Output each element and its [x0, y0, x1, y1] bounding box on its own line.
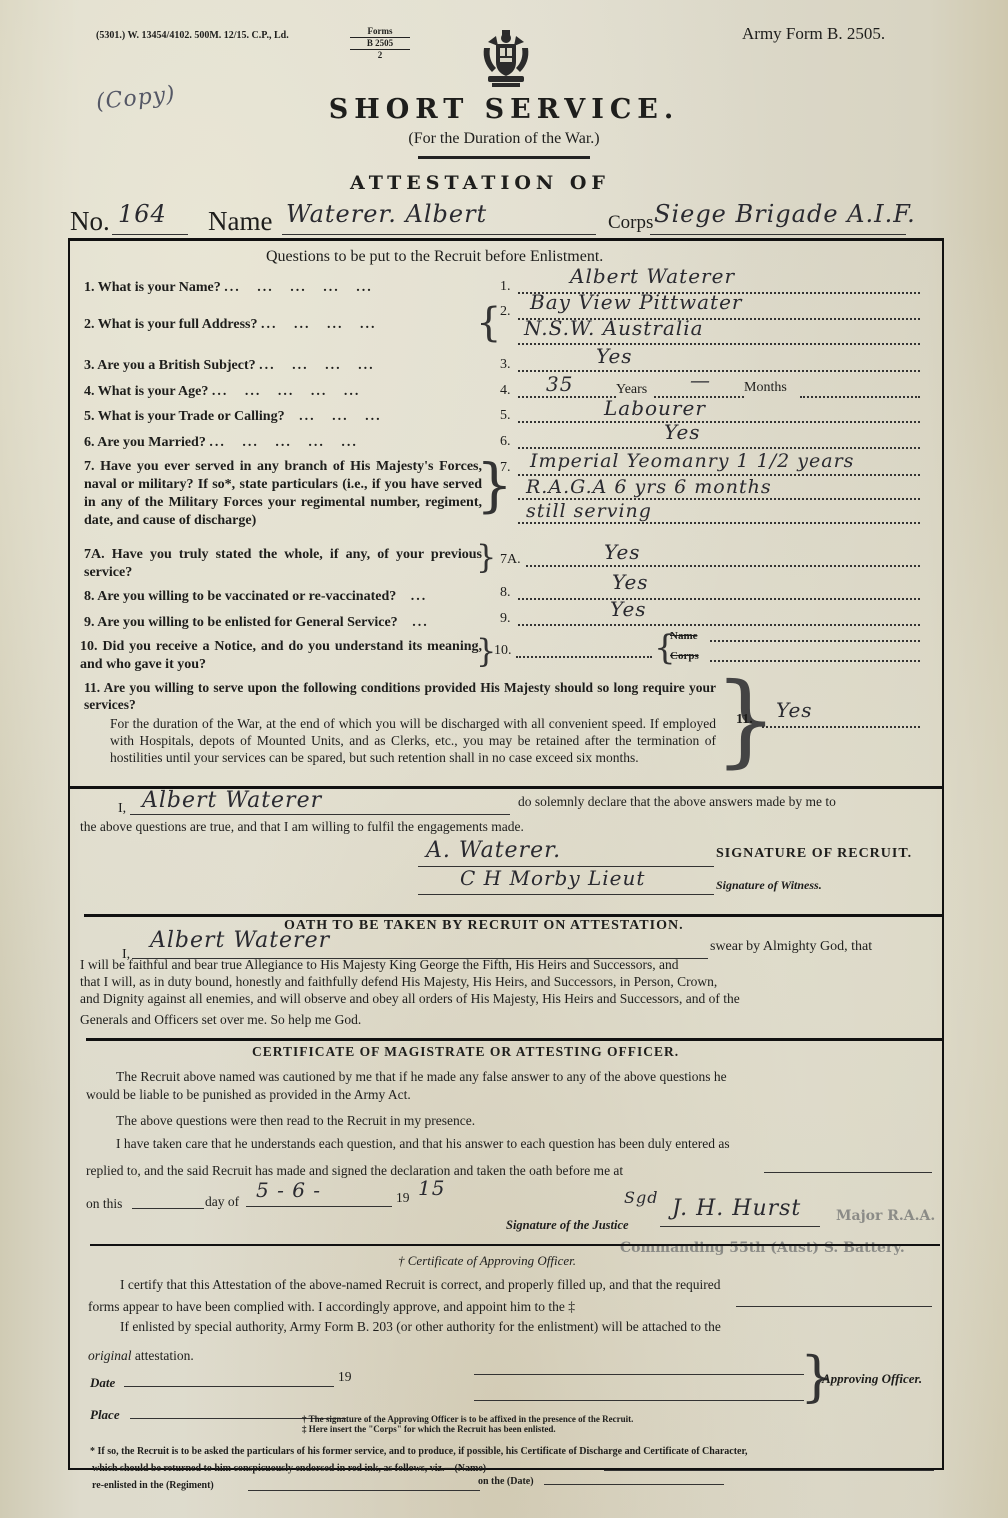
- footnote-line-1: * If so, the Recruit is to be asked the …: [90, 1446, 748, 1457]
- declaration-name-line: [130, 814, 510, 815]
- answer-5-field[interactable]: Labourer: [604, 396, 706, 420]
- question-6: 6. Are you Married? ... ... ... ... ...: [84, 434, 358, 452]
- oath-line-4: and Dignity against all enemies, and wil…: [80, 990, 936, 1008]
- answer-line-2b: [518, 343, 920, 345]
- approving-certificate-heading: † Certificate of Approving Officer.: [398, 1252, 576, 1270]
- months-label: Months: [744, 380, 787, 396]
- answer-3-field[interactable]: Yes: [596, 344, 633, 368]
- oath-line-1: swear by Almighty God, that: [710, 938, 872, 956]
- answer-number-7: 7.: [500, 460, 511, 476]
- answer-number-4: 4.: [500, 383, 511, 399]
- declaration-text-2: the above questions are true, and that I…: [80, 818, 524, 836]
- answer-line-3: [518, 370, 920, 372]
- approving-note-1: † The signature of the Approving Officer…: [302, 1414, 633, 1424]
- title-divider: [418, 156, 590, 159]
- forms-sub: 2: [350, 49, 410, 61]
- answer-line-9: [518, 624, 920, 626]
- approving-officer-line-2[interactable]: [474, 1400, 804, 1401]
- brace-2: {: [476, 300, 501, 346]
- answer-line-11: [762, 726, 920, 728]
- answer-7c-field[interactable]: still serving: [526, 500, 652, 522]
- forms-reference: Forms B 2505 2: [350, 26, 410, 61]
- question-9: 9. Are you willing to be enlisted for Ge…: [84, 614, 429, 632]
- answer-7a-field[interactable]: Yes: [604, 540, 641, 564]
- date-label: Date: [90, 1374, 115, 1392]
- footnote-date-line: [544, 1484, 724, 1485]
- answer-number-10: 10.: [494, 643, 512, 659]
- footnote-line-3b: on the (Date): [478, 1476, 534, 1487]
- approving-p1b: forms appear to have been complied with.…: [88, 1298, 575, 1316]
- witness-signature-field[interactable]: C H Morby Lieut: [460, 866, 645, 890]
- answer-line-7a: [526, 565, 920, 567]
- officer-stamp-command: Commanding 55th (Aust) S. Battery.: [620, 1240, 905, 1256]
- justice-signature-label: Signature of the Justice: [506, 1216, 629, 1234]
- appointed-corps-line[interactable]: [736, 1306, 932, 1307]
- footnote-line-3a: re-enlisted in the (Regiment): [92, 1480, 214, 1491]
- notice-name-line[interactable]: [710, 640, 920, 642]
- no-label: No.: [70, 206, 110, 237]
- approving-p1a: I certify that this Attestation of the a…: [120, 1276, 935, 1294]
- oath-name-field[interactable]: Albert Waterer: [150, 928, 330, 953]
- age-months-field[interactable]: —: [690, 368, 711, 392]
- question-11: 11. Are you willing to serve upon the fo…: [84, 679, 716, 766]
- question-10: 10. Did you receive a Notice, and do you…: [80, 638, 482, 674]
- question-1: 1. What is your Name? ... ... ... ... ..…: [84, 279, 373, 297]
- question-7: 7. Have you ever served in any branch of…: [84, 458, 482, 530]
- recruit-signature-label: SIGNATURE OF RECRUIT.: [716, 846, 912, 862]
- place-label: Place: [90, 1406, 120, 1424]
- footnote-name-line: [604, 1470, 934, 1471]
- answer-number-2: 2.: [500, 304, 511, 320]
- answer-line-4-rest: [800, 396, 920, 398]
- name-field[interactable]: Waterer. Albert: [286, 200, 487, 228]
- print-code: (5301.) W. 13454/4102. 500M. 12/15. C.P.…: [96, 30, 289, 41]
- name-underline: [282, 234, 596, 235]
- magistrate-certificate-heading: CERTIFICATE OF MAGISTRATE OR ATTESTING O…: [252, 1044, 679, 1060]
- answer-11-field[interactable]: Yes: [776, 698, 813, 722]
- no-underline: [112, 234, 188, 235]
- approving-officer-line-1[interactable]: [474, 1374, 804, 1375]
- answer-line-6: [518, 447, 920, 449]
- brace-7a: }: [476, 538, 496, 576]
- section-divider-certificate: [86, 1038, 942, 1041]
- question-7a: 7A. Have you truly stated the whole, if …: [84, 546, 482, 582]
- answer-6-field[interactable]: Yes: [664, 420, 701, 444]
- magistrate-p2: The above questions were then read to th…: [116, 1112, 475, 1130]
- notice-name-label: Name: [670, 630, 698, 642]
- day-line[interactable]: [132, 1208, 204, 1209]
- answer-8-field[interactable]: Yes: [612, 570, 649, 594]
- magistrate-p3a: I have taken care that he understands ea…: [116, 1135, 936, 1153]
- answer-2b-field[interactable]: N.S.W. Australia: [524, 316, 704, 340]
- oath-line-5: Generals and Officers set over me. So he…: [80, 1011, 361, 1029]
- attestation-date-field[interactable]: 5 - 6 -: [256, 1178, 321, 1202]
- declaration-prefix: I,: [118, 800, 126, 818]
- royal-coat-of-arms-icon: [478, 28, 534, 90]
- question-5: 5. What is your Trade or Calling? ... ..…: [84, 408, 382, 426]
- day-of-label: day of: [205, 1193, 239, 1211]
- answer-number-5: 5.: [500, 408, 511, 424]
- attestation-heading: ATTESTATION OF: [350, 172, 610, 194]
- approving-p2a: If enlisted by special authority, Army F…: [120, 1318, 935, 1336]
- section-divider-oath: [84, 914, 944, 917]
- corps-underline: [650, 234, 906, 235]
- witness-signature-label: Signature of Witness.: [716, 876, 822, 894]
- justice-signature-line: [660, 1226, 820, 1227]
- year-prefix: 19: [396, 1189, 410, 1207]
- answer-number-9: 9.: [500, 611, 511, 627]
- answer-9-field[interactable]: Yes: [610, 597, 647, 621]
- army-form-number: Army Form B. 2505.: [742, 24, 885, 44]
- approving-officer-label: Approving Officer.: [822, 1370, 922, 1388]
- approval-year-prefix: 19: [338, 1368, 352, 1386]
- oath-line-3: that I will, as in duty bound, honestly …: [80, 973, 936, 991]
- section-divider-approving: [90, 1244, 940, 1246]
- answer-2-field[interactable]: Bay View Pittwater: [530, 290, 742, 314]
- attestation-year-field[interactable]: 15: [418, 1176, 445, 1200]
- declaration-name-field[interactable]: Albert Waterer: [142, 788, 322, 813]
- page-title: SHORT SERVICE.: [0, 94, 1008, 125]
- name-label: Name: [208, 206, 272, 237]
- footnote-regiment-line: [248, 1490, 480, 1491]
- answer-number-8: 8.: [500, 585, 511, 601]
- magistrate-p3b: replied to, and the said Recruit has mad…: [86, 1162, 623, 1180]
- answer-line-5: [518, 421, 920, 423]
- page-subtitle: (For the Duration of the War.): [0, 130, 1008, 148]
- question-3: 3. Are you a British Subject? ... ... ..…: [84, 357, 375, 375]
- approving-note-2: ‡ Here insert the "Corps" for which the …: [302, 1424, 556, 1434]
- oath-line-2: I will be faithful and bear true Allegia…: [80, 956, 936, 974]
- answer-7-field[interactable]: Imperial Yeomanry 1 1/2 years: [530, 450, 854, 472]
- answer-number-1: 1.: [500, 279, 511, 295]
- corps-label: Corps: [608, 212, 653, 234]
- sgd-annotation: Sgd: [624, 1188, 658, 1207]
- questions-heading: Questions to be put to the Recruit befor…: [266, 248, 603, 266]
- approval-date-line[interactable]: [124, 1386, 334, 1387]
- attestation-place-line[interactable]: [764, 1172, 932, 1173]
- approving-p2b: original attestation.: [88, 1347, 194, 1365]
- question-4: 4. What is your Age? ... ... ... ... ...: [84, 383, 360, 401]
- oath-heading: OATH TO BE TAKEN BY RECRUIT ON ATTESTATI…: [284, 918, 684, 934]
- officer-stamp-rank: Major R.A.A.: [836, 1208, 935, 1224]
- recruit-identity-line: No. 164 Name Waterer. Albert Corps Siege…: [70, 200, 940, 240]
- answer-7b-field[interactable]: R.A.G.A 6 yrs 6 months: [526, 476, 772, 498]
- recruit-signature-field[interactable]: A. Waterer.: [426, 838, 561, 863]
- question-11-conditions: For the duration of the War, at the end …: [84, 715, 716, 766]
- service-number-field[interactable]: 164: [118, 200, 167, 228]
- magistrate-p1b: would be liable to be punished as provid…: [86, 1086, 411, 1104]
- answer-line-7c: [518, 522, 920, 524]
- declaration-text-1: do solemnly declare that the above answe…: [518, 793, 836, 811]
- footnote-line-2: which should be returned to him conspicu…: [92, 1463, 486, 1474]
- answer-number-7a: 7A.: [500, 552, 521, 568]
- magistrate-p1a: The Recruit above named was cautioned by…: [116, 1068, 936, 1086]
- forms-label: Forms: [350, 26, 410, 37]
- notice-corps-label: Corps: [670, 650, 699, 662]
- age-years-field[interactable]: 35: [546, 372, 573, 396]
- question-8: 8. Are you willing to be vaccinated or r…: [84, 588, 427, 606]
- question-2: 2. What is your full Address? ... ... ..…: [84, 316, 377, 334]
- answer-line-4-years: [518, 396, 616, 398]
- original-emphasis: original: [88, 1348, 132, 1363]
- witness-signature-line: [418, 894, 714, 895]
- answer-number-11: 11.: [736, 712, 753, 728]
- answer-number-6: 6.: [500, 434, 511, 450]
- on-this-label: on this: [86, 1195, 122, 1213]
- corps-field[interactable]: Siege Brigade A.I.F.: [654, 200, 916, 228]
- answer-line-10: [516, 656, 652, 658]
- answer-number-3: 3.: [500, 357, 511, 373]
- answer-1-field[interactable]: Albert Waterer: [570, 264, 735, 288]
- forms-number: B 2505: [350, 37, 410, 49]
- justice-signature-field[interactable]: J. H. Hurst: [672, 1196, 801, 1221]
- date-line: [246, 1206, 392, 1207]
- answer-line-8: [518, 598, 920, 600]
